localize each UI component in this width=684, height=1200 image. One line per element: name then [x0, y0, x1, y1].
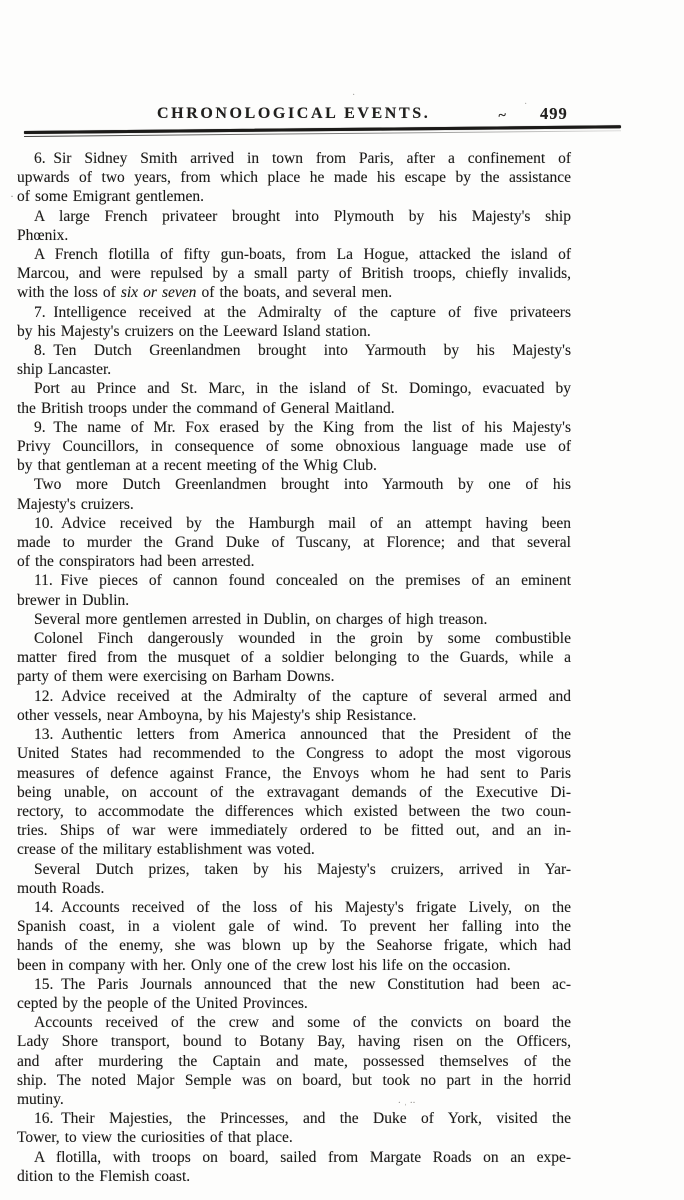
paragraph: Colonel Finch dangerously wounded in the… [17, 629, 571, 687]
paragraph: Two more Dutch Greenlandmen brought into… [17, 475, 571, 513]
text-line: ship. The noted Major Semple was on boar… [17, 1071, 571, 1090]
paragraph: 10. Advice received by the Hamburgh mail… [17, 514, 571, 572]
text-line: Marcou, and were repulsed by a small par… [17, 264, 571, 283]
text-line: Colonel Finch dangerously wounded in the… [17, 629, 571, 648]
text-line: crease of the military establishment was… [17, 840, 571, 859]
paragraph: Several more gentlemen arrested in Dubli… [17, 610, 571, 629]
text-line: party of them were exercising on Barham … [17, 667, 571, 686]
text-line: tries. Ships of war were immediately ord… [17, 821, 571, 840]
text-line: mutiny. [17, 1090, 571, 1109]
text-line: 13. Authentic letters from America annou… [17, 725, 571, 744]
paragraph: 16. Their Majesties, the Princesses, and… [17, 1109, 571, 1147]
paragraph: 6. Sir Sidney Smith arrived in town from… [17, 149, 571, 207]
text-line: measures of defence against France, the … [17, 764, 571, 783]
text-line: United States had recommended to the Con… [17, 744, 571, 763]
text-line: 11. Five pieces of cannon found conceale… [17, 571, 571, 590]
text-line: rectory, to accommodate the differences … [17, 802, 571, 821]
text-line: by that gentleman at a recent meeting of… [17, 456, 571, 475]
text-line: 10. Advice received by the Hamburgh mail… [17, 514, 571, 533]
text-line: hands of the enemy, she was blown up by … [17, 936, 571, 955]
scan-speck: · [524, 99, 527, 110]
text-line: Lady Shore transport, bound to Botany Ba… [17, 1032, 571, 1051]
text-line: with the loss of six or seven of the boa… [17, 283, 571, 302]
paragraph: 15. The Paris Journals announced that th… [17, 975, 571, 1013]
book-page: CHRONOLOGICAL EVENTS. ~ 499 6. Sir Sidne… [0, 0, 684, 1200]
text-line: 8. Ten Dutch Greenlandmen brought into Y… [17, 341, 571, 360]
text-line: Several Dutch prizes, taken by his Majes… [17, 860, 571, 879]
text-line: Phœnix. [17, 226, 571, 245]
text-line: A French flotilla of fifty gun-boats, fr… [17, 245, 571, 264]
paragraph: A flotilla, with troops on board, sailed… [17, 1148, 571, 1186]
scan-speck: · [352, 90, 355, 101]
text-line: Port au Prince and St. Marc, in the isla… [17, 379, 571, 398]
text-line: Majesty's cruizers. [17, 495, 571, 514]
paragraph: Port au Prince and St. Marc, in the isla… [17, 379, 571, 417]
text-line: made to murder the Grand Duke of Tuscany… [17, 533, 571, 552]
text-line: mouth Roads. [17, 879, 571, 898]
text-line: cepted by the people of the United Provi… [17, 994, 571, 1013]
text-line: 14. Accounts received of the loss of his… [17, 898, 571, 917]
page-number: 499 [540, 104, 568, 124]
text-line: of the conspirators had been arrested. [17, 552, 571, 571]
printer-mark: ~ [497, 107, 508, 125]
text-line: of some Emigrant gentlemen. [17, 187, 571, 206]
text-line: 12. Advice received at the Admiralty of … [17, 687, 571, 706]
text-line: and after murdering the Captain and mate… [17, 1052, 571, 1071]
paragraph: A large French privateer brought into Pl… [17, 207, 571, 245]
text-line: upwards of two years, from which place h… [17, 168, 571, 187]
paragraph: 8. Ten Dutch Greenlandmen brought into Y… [17, 341, 571, 379]
body-text: 6. Sir Sidney Smith arrived in town from… [17, 149, 571, 1186]
scan-speck: · [10, 189, 14, 204]
text-line: the British troops under the command of … [17, 399, 571, 418]
text-line: Spanish coast, in a violent gale of wind… [17, 917, 571, 936]
text-line: 9. The name of Mr. Fox erased by the Kin… [17, 418, 571, 437]
paragraph: 11. Five pieces of cannon found conceale… [17, 571, 571, 609]
paragraph: 13. Authentic letters from America annou… [17, 725, 571, 859]
running-title: CHRONOLOGICAL EVENTS. [157, 105, 430, 123]
text-line: Tower, to view the curiosities of that p… [17, 1128, 571, 1147]
header-rule [24, 125, 621, 137]
text-line: 15. The Paris Journals announced that th… [17, 975, 571, 994]
paragraph: 7. Intelligence received at the Admiralt… [17, 303, 571, 341]
paragraph: 12. Advice received at the Admiralty of … [17, 687, 571, 725]
paragraph: Several Dutch prizes, taken by his Majes… [17, 860, 571, 898]
text-line: dition to the Flemish coast. [17, 1167, 571, 1186]
text-line: being unable, on account of the extravag… [17, 783, 571, 802]
text-line: 6. Sir Sidney Smith arrived in town from… [17, 149, 571, 168]
text-line: 7. Intelligence received at the Admiralt… [17, 303, 571, 322]
text-line: other vessels, near Amboyna, by his Maje… [17, 706, 571, 725]
text-line: Several more gentlemen arrested in Dubli… [17, 610, 571, 629]
text-line: A flotilla, with troops on board, sailed… [17, 1148, 571, 1167]
text-line: brewer in Dublin. [17, 591, 571, 610]
text-line: ship Lancaster. [17, 360, 571, 379]
paragraph: 14. Accounts received of the loss of his… [17, 898, 571, 975]
text-line: Accounts received of the crew and some o… [17, 1013, 571, 1032]
text-line: A large French privateer brought into Pl… [17, 207, 571, 226]
text-line: Privy Councillors, in consequence of som… [17, 437, 571, 456]
paragraph: 9. The name of Mr. Fox erased by the Kin… [17, 418, 571, 476]
text-line: Two more Dutch Greenlandmen brought into… [17, 475, 571, 494]
text-line: 16. Their Majesties, the Princesses, and… [17, 1109, 571, 1128]
text-line: matter fired from the musquet of a soldi… [17, 648, 571, 667]
paragraph: A French flotilla of fifty gun-boats, fr… [17, 245, 571, 303]
paragraph: Accounts received of the crew and some o… [17, 1013, 571, 1109]
text-line: by his Majesty's cruizers on the Leeward… [17, 322, 571, 341]
text-line: been in company with her. Only one of th… [17, 956, 571, 975]
